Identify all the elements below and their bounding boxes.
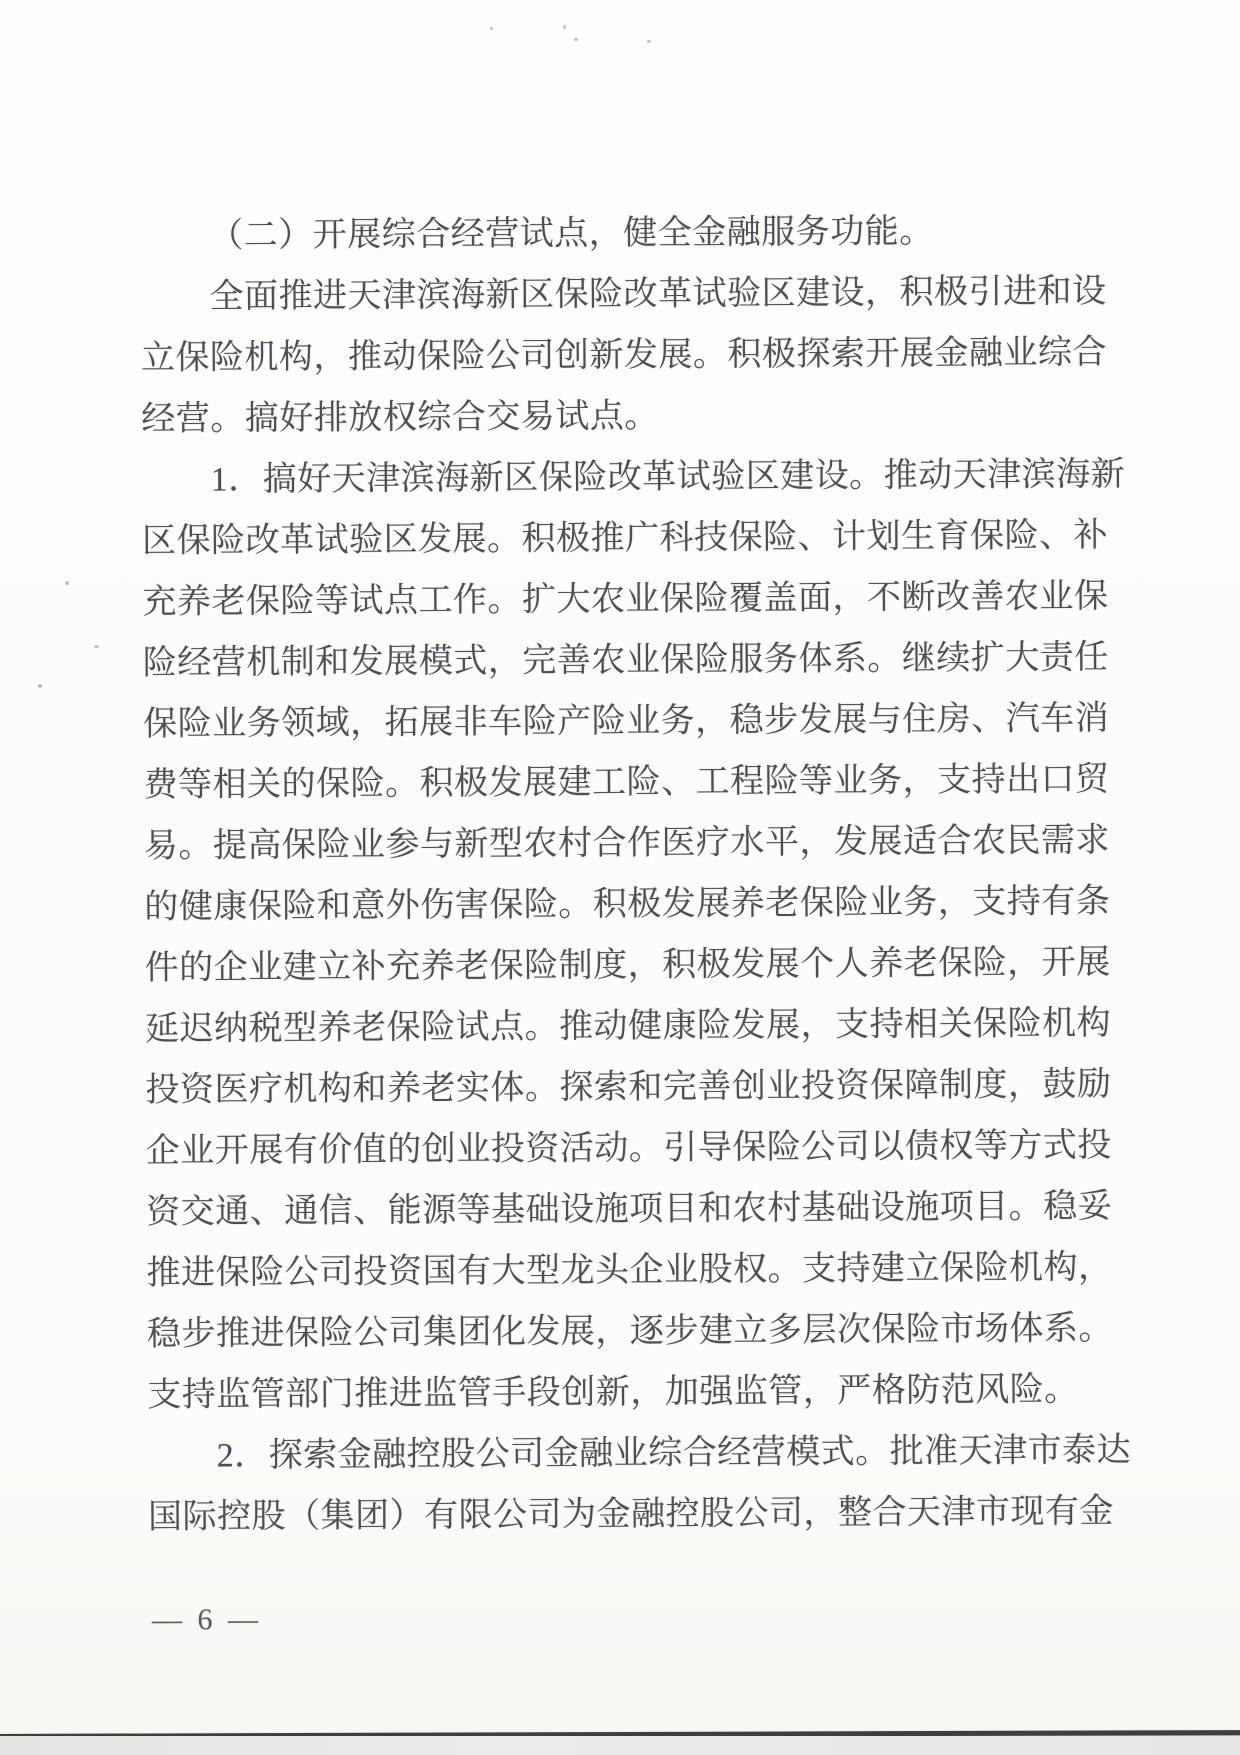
text-line: 推进保险公司投资国有大型龙头企业股权。支持建立保险机构， [146,1237,1131,1304]
text-line: 稳步推进保险公司集团化发展，逐步建立多层次保险市场体系。 [147,1298,1132,1365]
text-line: 险经营机制和发展模式，完善农业保险服务体系。继续扩大责任 [143,627,1128,694]
page-number: — 6 — [152,1602,352,1637]
scanned-document-page: （二）开展综合经营试点，健全金融服务功能。 全面推进天津滨海新区保险改革试验区建… [0,0,1240,1755]
scan-speck [563,25,566,29]
text-line: 资交通、通信、能源等基础设施项目和农村基础设施项目。稳妥 [146,1176,1131,1243]
scan-speck [647,40,651,43]
text-line: 件的企业建立补充养老保险制度，积极发展个人养老保险，开展 [144,932,1129,999]
document-body: （二）开展综合经营试点，健全金融服务功能。 全面推进天津滨海新区保险改革试验区建… [140,200,1133,1548]
text-line: 经营。搞好排放权综合交易试点。 [141,383,1126,450]
text-line: 易。提高保险业参与新型农村合作医疗水平，发展适合农民需求 [144,810,1129,877]
text-line: 国际控股（集团）有限公司为金融控股公司，整合天津市现有金 [148,1481,1133,1548]
text-line: 1．搞好天津滨海新区保险改革试验区建设。推动天津滨海新 [141,444,1126,511]
text-line: 保险业务领域，拓展非车险产险业务，稳步发展与住房、汽车消 [143,688,1128,755]
text-line: 费等相关的保险。积极发展建工险、工程险等业务，支持出口贸 [143,749,1128,816]
text-line: 充养老保险等试点工作。扩大农业保险覆盖面，不断改善农业保 [142,566,1127,633]
section-heading: （二）开展综合经营试点，健全金融服务功能。 [140,200,1125,267]
text-line: 延迟纳税型养老保险试点。推动健康险发展，支持相关保险机构 [145,993,1130,1060]
text-line: 立保险机构，推动保险公司创新发展。积极探索开展金融业综合 [141,322,1126,389]
scan-speck [38,684,42,688]
text-line: 全面推进天津滨海新区保险改革试验区建设，积极引进和设 [140,261,1125,328]
scan-edge-shadow [0,1736,1240,1755]
scan-speck [574,38,578,41]
scan-speck [94,645,99,648]
text-line: 的健康保险和意外伤害保险。积极发展养老保险业务，支持有条 [144,871,1129,938]
text-line: 2．探索金融控股公司金融业综合经营模式。批准天津市泰达 [147,1420,1132,1487]
text-line: 投资医疗机构和养老实体。探索和完善创业投资保障制度，鼓励 [145,1054,1130,1121]
scan-speck [65,581,69,585]
text-line: 企业开展有价值的创业投资活动。引导保险公司以债权等方式投 [146,1115,1131,1182]
text-line: 支持监管部门推进监管手段创新，加强监管，严格防范风险。 [147,1359,1132,1426]
scan-speck [490,27,493,30]
text-line: 区保险改革试验区发展。积极推广科技保险、计划生育保险、补 [142,505,1127,572]
